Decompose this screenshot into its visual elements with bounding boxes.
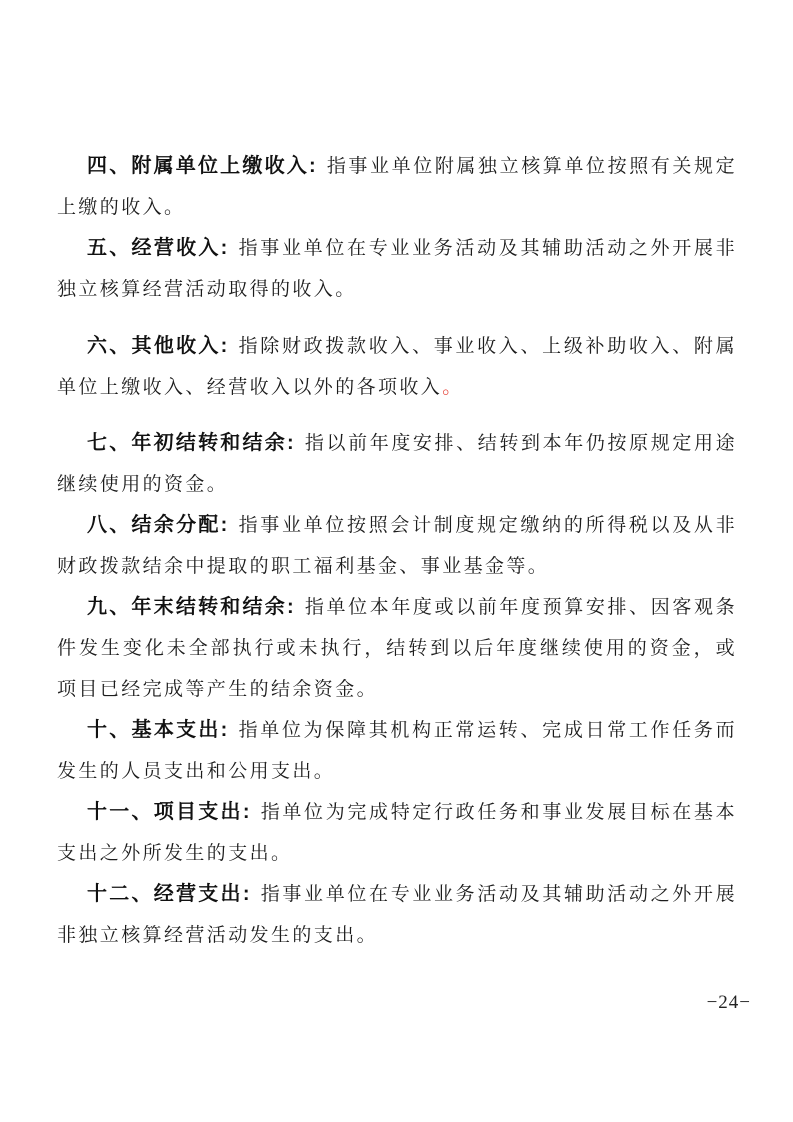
document-body: 四、附属单位上缴收入:指事业单位附属独立核算单位按照有关规定上缴的收入。 五、经… <box>57 146 737 956</box>
definition-paragraph-7: 七、年初结转和结余:指以前年度安排、结转到本年仍按原规定用途继续使用的资金。 <box>57 423 737 505</box>
definition-paragraph-8: 八、结余分配:指事业单位按照会计制度规定缴纳的所得税以及从非财政拨款结余中提取的… <box>57 505 737 587</box>
page-number: −24− <box>707 992 751 1014</box>
definition-paragraph-6: 六、其他收入:指除财政拨款收入、事业收入、上级补助收入、附属单位上缴收入、经营收… <box>57 326 737 408</box>
paragraph-heading-8: 八、结余分配: <box>87 514 229 536</box>
definition-paragraph-11: 十一、项目支出:指单位为完成特定行政任务和事业发展目标在基本支出之外所发生的支出… <box>57 792 737 874</box>
definition-paragraph-12: 十二、经营支出:指事业单位在专业业务活动及其辅助活动之外开展非独立核算经营活动发… <box>57 874 737 956</box>
paragraph-heading-11: 十一、项目支出: <box>87 801 251 823</box>
red-period: 。 <box>442 377 463 398</box>
paragraph-heading-5: 五、经营收入: <box>87 237 229 259</box>
paragraph-heading-12: 十二、经营支出: <box>87 883 251 905</box>
paragraph-heading-9: 九、年末结转和结余: <box>87 596 296 618</box>
definition-paragraph-10: 十、基本支出:指单位为保障其机构正常运转、完成日常工作任务而发生的人员支出和公用… <box>57 710 737 792</box>
paragraph-heading-10: 十、基本支出: <box>87 719 229 741</box>
paragraph-heading-7: 七、年初结转和结余: <box>87 432 296 454</box>
definition-paragraph-5: 五、经营收入:指事业单位在专业业务活动及其辅助活动之外开展非独立核算经营活动取得… <box>57 228 737 310</box>
definition-paragraph-4: 四、附属单位上缴收入:指事业单位附属独立核算单位按照有关规定上缴的收入。 <box>57 146 737 228</box>
paragraph-heading-4: 四、附属单位上缴收入: <box>87 155 318 177</box>
definition-paragraph-9: 九、年末结转和结余:指单位本年度或以前年度预算安排、因客观条件发生变化未全部执行… <box>57 587 737 710</box>
document-page: 四、附属单位上缴收入:指事业单位附属独立核算单位按照有关规定上缴的收入。 五、经… <box>0 0 793 1122</box>
paragraph-heading-6: 六、其他收入: <box>87 335 229 357</box>
